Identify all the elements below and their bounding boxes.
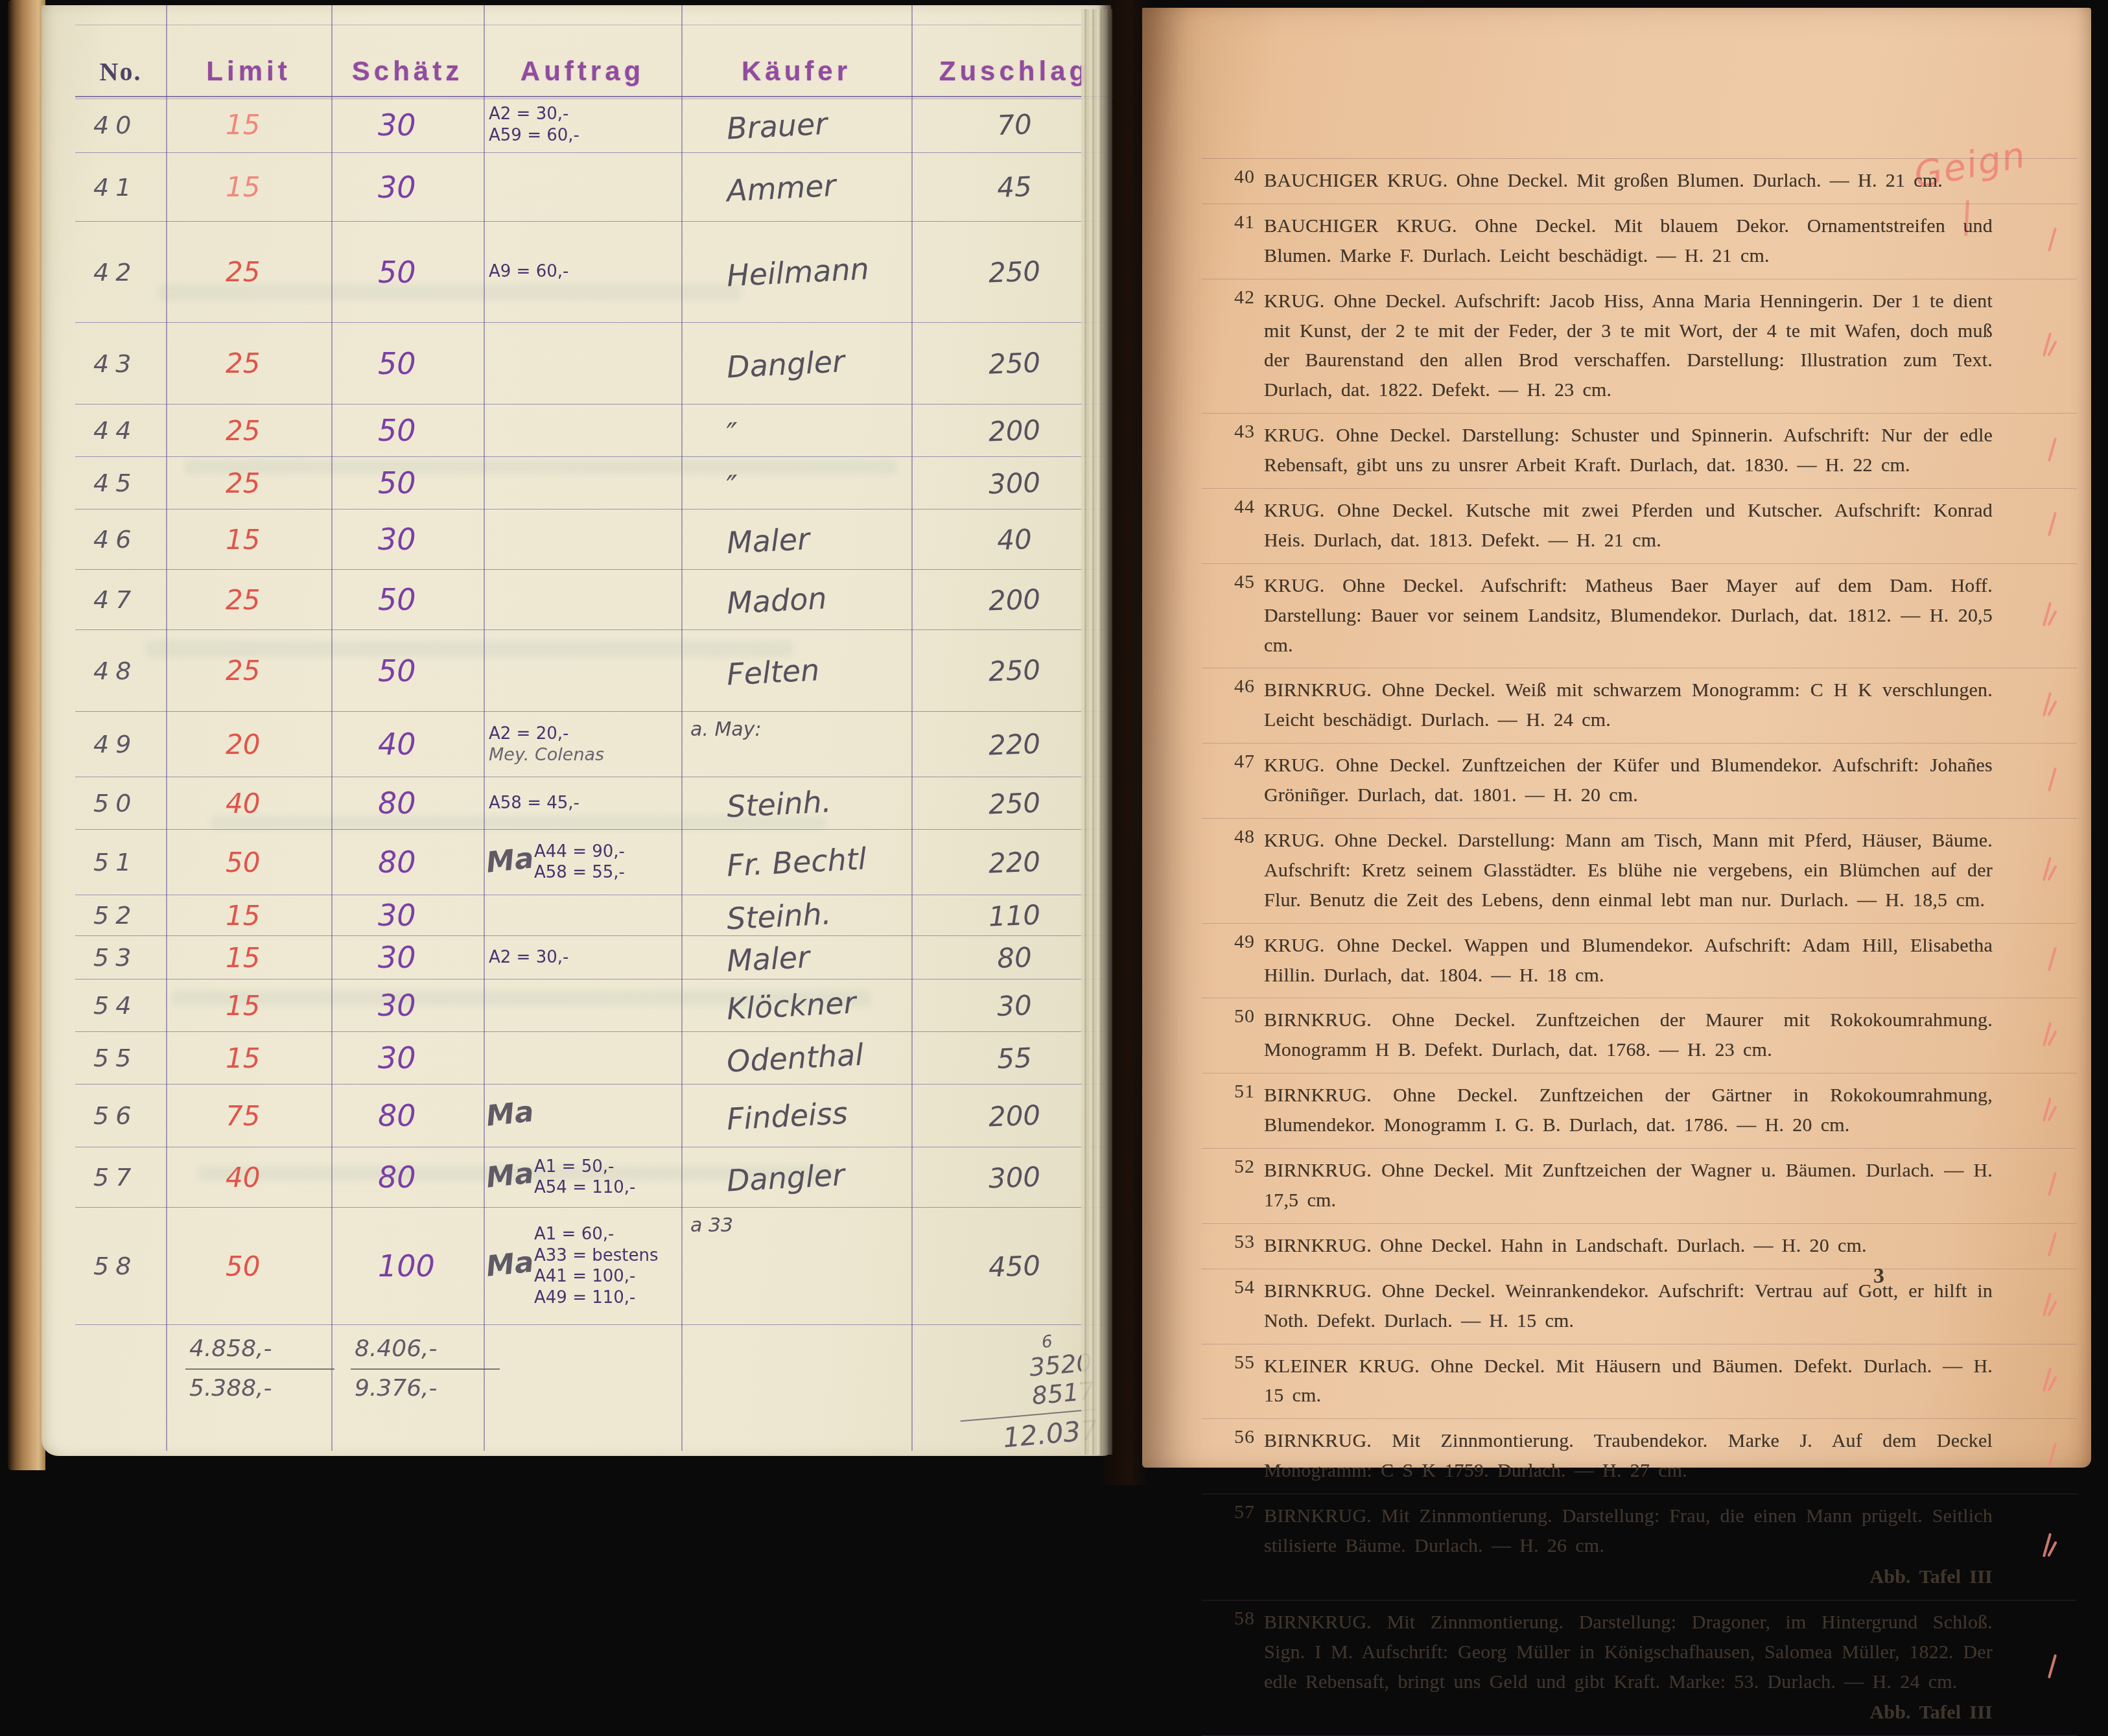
catalog-entry-text: BIRNKRUG. Ohne Deckel. Hahn in Landschaf… [1264,1231,1993,1261]
estimate-cell: 30 [331,510,484,569]
catalog-entry: 47 KRUG. Ohne Deckel. Zunftzeichen der K… [1202,744,2077,819]
bid-order-ink-note: A2 = 20,- [489,723,568,745]
bid-order-pencil-note: Ma [485,841,535,879]
buyer-cell: Ammer [679,147,913,227]
red-check-marks [2039,857,2054,885]
limit-cell: 40 [166,1147,331,1207]
bid-order-cell [484,405,681,456]
bid-order-cell [484,570,681,629]
catalog-entry: 42 KRUG. Ohne Deckel. Aufschrift: Jacob … [1202,279,2077,414]
estimate-cell: 50 [331,222,484,322]
bid-order-cell [484,510,681,569]
lot-number-cell: 54 [75,979,166,1031]
column-header-kaeufer: Käufer [681,56,911,96]
limit-cell: 15 [166,979,331,1031]
column-header-limit: Limit [166,56,331,96]
ledger-header-row: No. Limit Schätz Auftrag Käufer Zuschlag [75,5,1118,97]
buyer-cell: Maler [680,504,913,575]
limit-cell: 15 [166,895,331,935]
bid-order-cell: A58 = 45,- [484,777,681,829]
catalog-entry-description: KRUG. Ohne Deckel. Darstellung: Mann am … [1264,830,1993,911]
ledger-row: 57 40 80 A1 = 50,- A54 = 110,- Ma Dangle… [75,1147,1118,1208]
limit-cell: 40 [166,777,331,829]
estimate-cell: 80 [331,1085,484,1147]
red-tick [2048,228,2057,252]
bid-order-cell: A44 = 90,- A58 = 55,- Ma [484,830,681,895]
ledger-table: No. Limit Schätz Auftrag Käufer Zuschlag… [75,5,1118,1456]
ledger-row: 44 25 50 ″ 200 [75,405,1118,457]
column-divider [484,5,485,1451]
book-gutter-shadow [1098,0,1149,1485]
red-tick [2048,947,2057,972]
red-check-marks [2044,512,2054,540]
column-divider [166,5,167,1451]
lot-number-cell: 56 [75,1085,166,1147]
ledger-row: 55 15 30 Odenthal 55 [75,1032,1118,1085]
catalog-entry-text: KRUG. Ohne Deckel. Wappen und Blumendeko… [1264,931,1993,991]
red-check-marks [2044,228,2054,255]
red-check-marks [2039,1022,2054,1050]
limit-cell: 25 [166,222,331,322]
limit-cell: 15 [166,153,331,221]
catalog-entry: 52 BIRNKRUG. Ohne Deckel. Mit Zunftzeich… [1202,1149,2077,1224]
ledger-page: No. Limit Schätz Auftrag Käufer Zuschlag… [41,5,1111,1456]
estimate-cell: 50 [331,457,484,509]
bid-order-cell [484,153,681,221]
lot-number-cell: 46 [75,510,166,569]
catalog-entry: 51 BIRNKRUG. Ohne Deckel. Zunftzeichen d… [1202,1073,2077,1149]
red-check-marks [2039,1097,2054,1125]
limit-subtotal: 4.858,- [189,1335,331,1362]
lot-number-cell: 44 [75,405,166,456]
catalog-entry-text: BIRNKRUG. Ohne Deckel. Mit Zunftzeichen … [1264,1156,1993,1215]
limit-cell: 25 [166,405,331,456]
red-check-marks [2044,437,2054,465]
bid-order-cell [484,1032,681,1084]
lot-number-cell: 50 [75,777,166,829]
red-check-marks [2039,1293,2054,1320]
red-check-marks [2039,602,2054,630]
limit-totals: 4.858,- 5.388,- [166,1335,331,1478]
ledger-row: 45 25 50 ″ 300 [75,457,1118,510]
catalog-entry-text: KRUG. Ohne Deckel. Darstellung: Schuster… [1264,421,1993,480]
estimate-cell: 40 [331,712,484,777]
ledger-row: 51 50 80 A44 = 90,- A58 = 55,- Ma Fr. Be… [75,830,1118,895]
ledger-row: 48 25 50 Felten 250 [75,630,1118,712]
estimate-cell: 50 [331,323,484,404]
catalog-entry-number: 52 [1204,1156,1255,1178]
page-number: 3 [1873,1264,1884,1289]
catalog-entry-text: KRUG. Ohne Deckel. Aufschrift: Matheus B… [1264,571,1993,661]
estimate-cell: 30 [331,979,484,1031]
catalog-entry-description: BIRNKRUG. Mit Zinnmontierung. Traubendek… [1264,1430,1993,1481]
catalog-entry-text: BIRNKRUG. Mit Zinnmontierung. Traubendek… [1264,1426,1993,1485]
ledger-row: 43 25 50 Dangler 250 [75,323,1118,405]
book-photo: No. Limit Schätz Auftrag Käufer Zuschlag… [0,0,2108,1485]
catalog-entry-text: KRUG. Ohne Deckel. Aufschrift: Jacob His… [1264,287,1993,406]
catalog-entry-description: KRUG. Ohne Deckel. Kutsche mit zwei Pfer… [1264,500,1993,551]
schaetz-totals: 8.406,- 9.376,- [331,1335,484,1478]
limit-cell: 15 [166,97,331,152]
bid-order-pencil-note: Mey. Colenas [489,745,604,765]
column-divider [331,5,333,1451]
catalog-entry-description: KRUG. Ohne Deckel. Zunftzeichen der Küfe… [1264,755,1993,806]
red-tick [2048,767,2057,792]
lot-number-cell: 53 [75,936,166,979]
limit-cell: 25 [166,630,331,711]
estimate-cell: 50 [331,630,484,711]
catalog-entry-text: KRUG. Ohne Deckel. Kutsche mit zwei Pfer… [1264,496,1993,556]
limit-cell: 15 [166,936,331,979]
lot-number-cell: 52 [75,895,166,935]
catalog-entry: 41 BAUCHIGER KRUG. Ohne Deckel. Mit blau… [1202,204,2077,279]
catalog-entry-description: BIRNKRUG. Ohne Deckel. Zunftzeichen der … [1264,1085,1993,1136]
catalog-entry-description: BAUCHIGER KRUG. Ohne Deckel. Mit blauem … [1264,215,1993,266]
red-tick [2048,1172,2057,1197]
red-check-marks [2044,947,2054,975]
catalog-entry: 50 BIRNKRUG. Ohne Deckel. Zunftzeichen d… [1202,998,2077,1073]
estimate-cell: 30 [331,153,484,221]
red-tick [2048,512,2057,537]
red-tick [2048,1232,2057,1257]
catalog-entry-number: 45 [1204,571,1255,593]
bid-order-ink-note: A44 = 90,- A58 = 55,- [534,841,625,884]
catalog-entry-number: 46 [1204,675,1255,698]
ledger-row: 52 15 30 Steinh. 110 [75,895,1118,936]
lot-number-cell: 48 [75,630,166,711]
catalog-entry-description: KRUG. Ohne Deckel. Aufschrift: Matheus B… [1264,575,1993,656]
red-tick [2048,437,2057,462]
catalog-entry-number: 56 [1204,1426,1255,1448]
lot-number-cell: 51 [75,830,166,895]
buyer-cell: Findeiss [680,1079,913,1153]
catalog-entry-description: BIRNKRUG. Ohne Deckel. Zunftzeichen der … [1264,1009,1993,1061]
limit-cell: 25 [166,323,331,404]
ledger-row: 42 25 50 A9 = 60,- Heilmann 250 [75,222,1118,323]
bid-order-cell: A2 = 30,- [484,936,681,979]
bid-order-cell: A1 = 50,- A54 = 110,- Ma [484,1147,681,1207]
lot-number-cell: 47 [75,570,166,629]
limit-cell: 20 [166,712,331,777]
estimate-cell: 30 [331,1032,484,1084]
estimate-cell: 80 [331,777,484,829]
lot-number-cell: 49 [75,712,166,777]
catalog-entry-number: 53 [1204,1231,1255,1253]
catalog-entry-number: 51 [1204,1081,1255,1103]
ledger-rows: 40 15 30 A2 = 30,- A59 = 60,- Brauer 70 … [75,97,1118,1325]
catalog-entry-number: 54 [1204,1276,1255,1298]
book-cover-edge [8,0,45,1470]
schaetz-grand-total: 9.376,- [355,1375,484,1402]
bid-order-pencil-note: Ma [485,1156,535,1194]
bid-order-cell: A2 = 20,- Mey. Colenas [484,712,681,777]
ledger-row: 47 25 50 Madon 200 [75,570,1118,630]
column-divider [911,5,913,1451]
red-check-marks [2044,1232,2054,1260]
bid-order-ink-note: A9 = 60,- [489,261,568,283]
lot-number-cell: 41 [75,153,166,221]
red-tick [2048,1442,2057,1467]
ledger-row: 54 15 30 Klöckner 30 [75,979,1118,1032]
catalog-entry-number: 55 [1204,1352,1255,1374]
catalog-entry: 54 BIRNKRUG. Ohne Deckel. Weinrankendeko… [1202,1269,2077,1344]
catalog-entry-text: BAUCHIGER KRUG. Ohne Deckel. Mit blauem … [1264,211,1993,271]
ledger-row: 41 15 30 Ammer 45 [75,153,1118,222]
bid-order-cell [484,630,681,711]
bid-order-pencil-note: Ma [485,1095,535,1132]
red-check-marks [2039,692,2054,720]
catalog-entry-text: BIRNKRUG. Ohne Deckel. Zunftzeichen der … [1264,1081,1993,1140]
bid-order-cell: Ma [484,1085,681,1147]
bid-order-cell: A2 = 30,- A59 = 60,- [484,97,681,152]
estimate-cell: 50 [331,405,484,456]
catalog-entry-text: BAUCHIGER KRUG. Ohne Deckel. Mit großen … [1264,166,1993,196]
catalog-entry-description: KLEINER KRUG. Ohne Deckel. Mit Häusern u… [1264,1355,1993,1407]
catalog-entry-description: KRUG. Ohne Deckel. Darstellung: Schuster… [1264,425,1993,476]
catalog-entry-description: BAUCHIGER KRUG. Ohne Deckel. Mit großen … [1264,170,1943,191]
red-check-marks [2044,1172,2054,1200]
totals-rule [185,1368,334,1370]
catalog-entry-number: 43 [1204,421,1255,443]
catalog-entry-description: BIRNKRUG. Ohne Deckel. Hahn in Landschaf… [1264,1235,1867,1256]
catalog-entry-number: 49 [1204,931,1255,953]
buyer-cell: Fr. Bechtl [680,824,913,900]
bid-order-ink-note: A58 = 45,- [489,793,580,814]
estimate-cell: 30 [331,895,484,935]
lot-number-cell: 57 [75,1147,166,1207]
ledger-row: 49 20 40 A2 = 20,- Mey. Colenas a. May: … [75,712,1118,777]
bid-order-ink-note: A2 = 30,- [489,947,568,968]
catalog-entry-description: KRUG. Ohne Deckel. Wappen und Blumendeko… [1264,935,1993,986]
bid-order-cell [484,323,681,404]
catalog-entry-description: BIRNKRUG. Ohne Deckel. Weiß mit schwarze… [1264,679,1993,731]
buyer-cell: a. May: [681,712,911,777]
catalog-entry-text: BIRNKRUG. Ohne Deckel. Zunftzeichen der … [1264,1005,1993,1065]
catalog-entry-number: 42 [1204,287,1255,309]
limit-cell: 50 [166,1208,331,1324]
bid-order-pencil-note: Ma [485,1245,535,1283]
catalog-entry-text: KRUG. Ohne Deckel. Zunftzeichen der Küfe… [1264,751,1993,810]
catalog-entry: 56 BIRNKRUG. Mit Zinnmontierung. Trauben… [1202,1419,2077,1485]
catalog-entry-number: 41 [1204,211,1255,233]
catalog-entry: 48 KRUG. Ohne Deckel. Darstellung: Mann … [1202,819,2077,924]
estimate-cell: 100 [331,1208,484,1324]
bid-order-cell [484,979,681,1031]
totals-rule [351,1368,500,1370]
catalog-entry-number: 40 [1204,166,1255,188]
ledger-row: 56 75 80 Ma Findeiss 200 [75,1085,1118,1147]
lot-number-cell: 55 [75,1032,166,1084]
buyer-cell: Felten [679,624,913,717]
limit-cell: 15 [166,510,331,569]
catalog-entry: 44 KRUG. Ohne Deckel. Kutsche mit zwei P… [1202,489,2077,564]
column-header-schaetz: Schätz [331,56,484,96]
limit-grand-total: 5.388,- [189,1375,331,1402]
catalog-entry: 43 KRUG. Ohne Deckel. Darstellung: Schus… [1202,414,2077,489]
catalog-entries: 40 BAUCHIGER KRUG. Ohne Deckel. Mit groß… [1202,158,2077,1485]
lot-number-cell: 45 [75,457,166,509]
catalog-entry-description: BIRNKRUG. Ohne Deckel. Mit Zunftzeichen … [1264,1160,1993,1211]
ledger-row: 40 15 30 A2 = 30,- A59 = 60,- Brauer 70 [75,97,1118,153]
estimate-cell: 30 [331,936,484,979]
limit-cell: 50 [166,830,331,895]
buyer-cell: Madon [680,564,913,635]
catalog-entry: 53 BIRNKRUG. Ohne Deckel. Hahn in Landsc… [1202,1224,2077,1269]
ledger-totals-row: 4.858,- 5.388,- 8.406,- 9.376,- 6 3520 8… [75,1325,1118,1478]
catalog-entry-text: KLEINER KRUG. Ohne Deckel. Mit Häusern u… [1264,1352,1993,1411]
column-header-no: No. [75,56,166,96]
estimate-cell: 80 [331,1147,484,1207]
bid-order-cell: A9 = 60,- [484,222,681,322]
catalog-entry: 46 BIRNKRUG. Ohne Deckel. Weiß mit schwa… [1202,668,2077,744]
bid-order-ink-note: A2 = 30,- A59 = 60,- [489,104,580,146]
ledger-row: 50 40 80 A58 = 45,- Steinh. 250 [75,777,1118,830]
bid-order-ink-note: A1 = 50,- A54 = 110,- [534,1156,635,1199]
estimate-cell: 30 [331,97,484,152]
ledger-row: 53 15 30 A2 = 30,- Maler 80 [75,936,1118,979]
catalog-entry-number: 48 [1204,826,1255,848]
lot-number-cell: 42 [75,222,166,322]
buyer-cell: a 33 [681,1208,911,1324]
ledger-row: 58 50 100 A1 = 60,- A33 = bestens A41 = … [75,1208,1118,1325]
catalog-entry-number: 47 [1204,751,1255,773]
catalog-entry: 49 KRUG. Ohne Deckel. Wappen und Blumend… [1202,924,2077,999]
column-header-auftrag: Auftrag [484,56,681,96]
buyer-cell: Dangler [679,317,913,410]
bid-order-ink-note: A1 = 60,- A33 = bestens A41 = 100,- A49 … [534,1224,658,1308]
catalog-entry-text: BIRNKRUG. Ohne Deckel. Weiß mit schwarze… [1264,675,1993,735]
catalog-entry-number: 50 [1204,1005,1255,1027]
catalog-entry: 45 KRUG. Ohne Deckel. Aufschrift: Matheu… [1202,564,2077,669]
red-check-marks [2044,1442,2054,1470]
estimate-cell: 80 [331,830,484,895]
bid-order-cell [484,895,681,935]
bid-order-cell: A1 = 60,- A33 = bestens A41 = 100,- A49 … [484,1208,681,1324]
limit-cell: 25 [166,457,331,509]
catalog-entry-text: KRUG. Ohne Deckel. Darstellung: Mann am … [1264,826,1993,915]
limit-cell: 75 [166,1085,331,1147]
lot-number-cell: 40 [75,97,166,152]
bid-order-cell [484,457,681,509]
buyer-cell: Heilmann [679,216,914,328]
red-check-marks [2039,1367,2054,1395]
catalog-entry: 40 BAUCHIGER KRUG. Ohne Deckel. Mit groß… [1202,159,2077,204]
red-check-marks [2044,767,2054,795]
estimate-cell: 50 [331,570,484,629]
catalog-entry-description: KRUG. Ohne Deckel. Aufschrift: Jacob His… [1264,290,1993,401]
buyer-cell: Dangler [680,1142,913,1213]
ledger-row: 46 15 30 Maler 40 [75,510,1118,570]
column-divider [681,5,683,1451]
zuschlag-grand-total: 12.037 [913,1414,1099,1462]
limit-cell: 15 [166,1032,331,1084]
lot-number-cell: 58 [75,1208,166,1324]
catalog-entry-number: 44 [1204,496,1255,518]
catalog-page: Geign 40 BAUCHIGER KRUG. Ohne Deckel. Mi… [1142,8,2091,1468]
schaetz-subtotal: 8.406,- [355,1335,484,1362]
lot-number-cell: 43 [75,323,166,404]
limit-cell: 25 [166,570,331,629]
catalog-entry: 55 KLEINER KRUG. Ohne Deckel. Mit Häuser… [1202,1344,2077,1420]
red-check-marks [2039,332,2054,360]
